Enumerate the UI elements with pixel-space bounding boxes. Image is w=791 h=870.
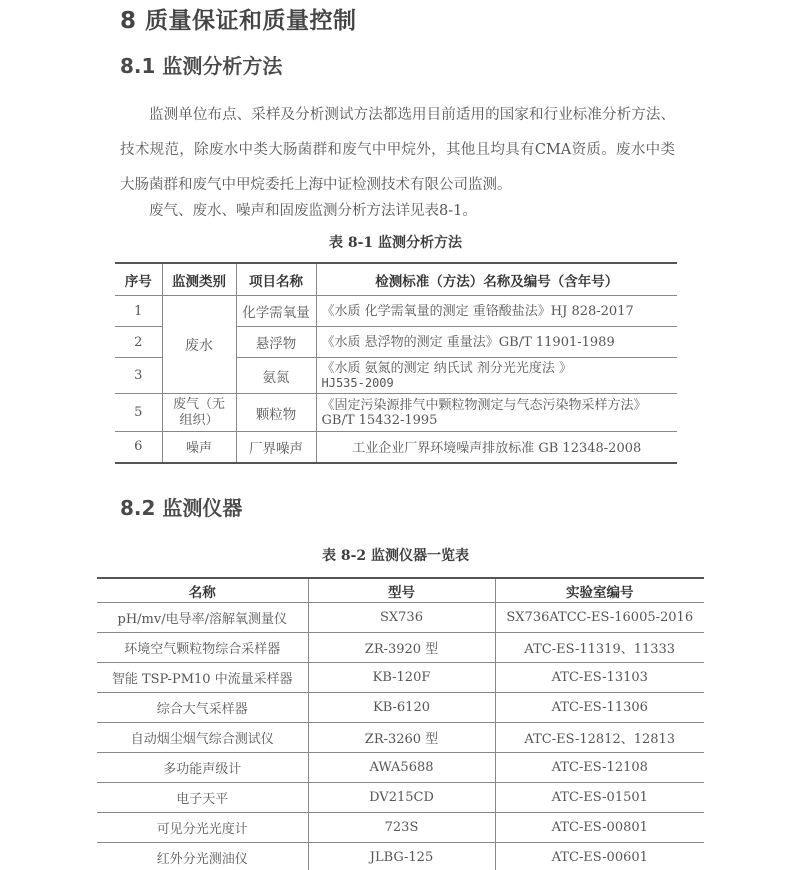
cell-category: 废水 — [162, 296, 236, 394]
chapter-title: 8 质量保证和质量控制 — [120, 2, 357, 35]
cell-name: 电子天平 — [97, 783, 308, 813]
cell-name: pH/mv/电导率/溶解氧测量仪 — [97, 603, 308, 633]
header-item: 项目名称 — [236, 263, 316, 296]
table-row: pH/mv/电导率/溶解氧测量仪 SX736 SX736ATCC-ES-1600… — [97, 603, 704, 633]
cell-lab-id: ATC-ES-11319、11333 — [495, 633, 704, 663]
cell-lab-id: ATC-ES-00801 — [495, 813, 704, 843]
cell-model: ZR-3920 型 — [308, 633, 495, 663]
header-no: 序号 — [115, 263, 162, 296]
cell-name: 红外分光测油仪 — [97, 843, 308, 870]
cell-lab-id: ATC-ES-11306 — [495, 693, 704, 723]
cell-category: 噪声 — [162, 432, 236, 463]
header-model: 型号 — [308, 578, 495, 603]
cell-model: 723S — [308, 813, 495, 843]
header-standard: 检测标准（方法）名称及编号（含年号） — [316, 263, 677, 296]
cell-name: 智能 TSP-PM10 中流量采样器 — [97, 663, 308, 693]
cell-model: DV215CD — [308, 783, 495, 813]
table-row: 自动烟尘烟气综合测试仪 ZR-3260 型 ATC-ES-12812、12813 — [97, 723, 704, 753]
cell-name: 自动烟尘烟气综合测试仪 — [97, 723, 308, 753]
table-row: 电子天平 DV215CD ATC-ES-01501 — [97, 783, 704, 813]
cell-standard: 《固定污染源排气中颗粒物测定与气态污染物采样方法》 GB/T 15432-199… — [316, 394, 677, 432]
cell-name: 综合大气采样器 — [97, 693, 308, 723]
table2-caption: 表 8-2 监测仪器一览表 — [0, 545, 791, 565]
cell-model: KB-120F — [308, 663, 495, 693]
cell-category: 废气（无组织） — [162, 394, 236, 432]
cell-item: 悬浮物 — [236, 327, 316, 358]
standard-line-2: HJ535-2009 — [322, 376, 678, 391]
cell-lab-id: ATC-ES-01501 — [495, 783, 704, 813]
cell-item: 颗粒物 — [236, 394, 316, 432]
standard-text: 《水质 化学需氧量的测定 重铬酸盐法》HJ 828-2017 — [322, 304, 634, 319]
cell-model: JLBG-125 — [308, 843, 495, 870]
table-header-row: 名称 型号 实验室编号 — [97, 578, 704, 603]
table-row: 综合大气采样器 KB-6120 ATC-ES-11306 — [97, 693, 704, 723]
cell-standard: 工业企业厂界环境噪声排放标准 GB 12348-2008 — [316, 432, 677, 463]
cell-item: 氨氮 — [236, 358, 316, 394]
table-row: 5 废气（无组织） 颗粒物 《固定污染源排气中颗粒物测定与气态污染物采样方法》 … — [115, 394, 677, 432]
table-row: 6 噪声 厂界噪声 工业企业厂界环境噪声排放标准 GB 12348-2008 — [115, 432, 677, 463]
instruments-table: 名称 型号 实验室编号 pH/mv/电导率/溶解氧测量仪 SX736 SX736… — [97, 577, 704, 870]
standard-text: 《水质 悬浮物的测定 重量法》GB/T 11901-1989 — [322, 335, 615, 350]
cell-model: KB-6120 — [308, 693, 495, 723]
section-title-8-2: 8.2 监测仪器 — [120, 492, 242, 521]
cell-lab-id: ATC-ES-12812、12813 — [495, 723, 704, 753]
cell-no: 1 — [115, 296, 162, 327]
table1-caption: 表 8-1 监测分析方法 — [0, 232, 791, 252]
table-row: 1 废水 化学需氧量 《水质 化学需氧量的测定 重铬酸盐法》HJ 828-201… — [115, 296, 677, 327]
table-row: 多功能声级计 AWA5688 ATC-ES-12108 — [97, 753, 704, 783]
table-row: 智能 TSP-PM10 中流量采样器 KB-120F ATC-ES-13103 — [97, 663, 704, 693]
standard-line-2: GB/T 15432-1995 — [322, 413, 678, 428]
cell-name: 环境空气颗粒物综合采样器 — [97, 633, 308, 663]
cell-lab-id: ATC-ES-12108 — [495, 753, 704, 783]
cell-model: SX736 — [308, 603, 495, 633]
cell-no: 5 — [115, 394, 162, 432]
cell-item: 化学需氧量 — [236, 296, 316, 327]
cell-standard: 《水质 悬浮物的测定 重量法》GB/T 11901-1989 — [316, 327, 677, 358]
table-row: 红外分光测油仪 JLBG-125 ATC-ES-00601 — [97, 843, 704, 870]
cell-name: 多功能声级计 — [97, 753, 308, 783]
cell-lab-id: ATC-ES-13103 — [495, 663, 704, 693]
cell-lab-id: SX736ATCC-ES-16005-2016 — [495, 603, 704, 633]
cell-no: 2 — [115, 327, 162, 358]
header-category: 监测类别 — [162, 263, 236, 296]
analysis-methods-table: 序号 监测类别 项目名称 检测标准（方法）名称及编号（含年号） 1 废水 化学需… — [115, 262, 677, 464]
cell-lab-id: ATC-ES-00601 — [495, 843, 704, 870]
cell-standard: 《水质 氨氮的测定 纳氏试 剂分光光度法 》 HJ535-2009 — [316, 358, 677, 394]
table-row: 可见分光光度计 723S ATC-ES-00801 — [97, 813, 704, 843]
paragraph-methods: 监测单位布点、采样及分析测试方法都选用目前适用的国家和行业标准分析方法、技术规范… — [120, 98, 675, 203]
cell-no: 3 — [115, 358, 162, 394]
paragraph-table-reference: 废气、废水、噪声和固废监测分析方法详见表8-1。 — [120, 194, 675, 229]
cell-model: AWA5688 — [308, 753, 495, 783]
section-title-8-1: 8.1 监测分析方法 — [120, 50, 282, 79]
cell-item: 厂界噪声 — [236, 432, 316, 463]
cell-model: ZR-3260 型 — [308, 723, 495, 753]
table-row: 环境空气颗粒物综合采样器 ZR-3920 型 ATC-ES-11319、1133… — [97, 633, 704, 663]
header-lab-id: 实验室编号 — [495, 578, 704, 603]
standard-line-1: 《固定污染源排气中颗粒物测定与气态污染物采样方法》 — [322, 398, 678, 413]
header-name: 名称 — [97, 578, 308, 603]
cell-no: 6 — [115, 432, 162, 463]
cell-name: 可见分光光度计 — [97, 813, 308, 843]
table-header-row: 序号 监测类别 项目名称 检测标准（方法）名称及编号（含年号） — [115, 263, 677, 296]
standard-line-1: 《水质 氨氮的测定 纳氏试 剂分光光度法 》 — [322, 361, 678, 376]
cell-standard: 《水质 化学需氧量的测定 重铬酸盐法》HJ 828-2017 — [316, 296, 677, 327]
